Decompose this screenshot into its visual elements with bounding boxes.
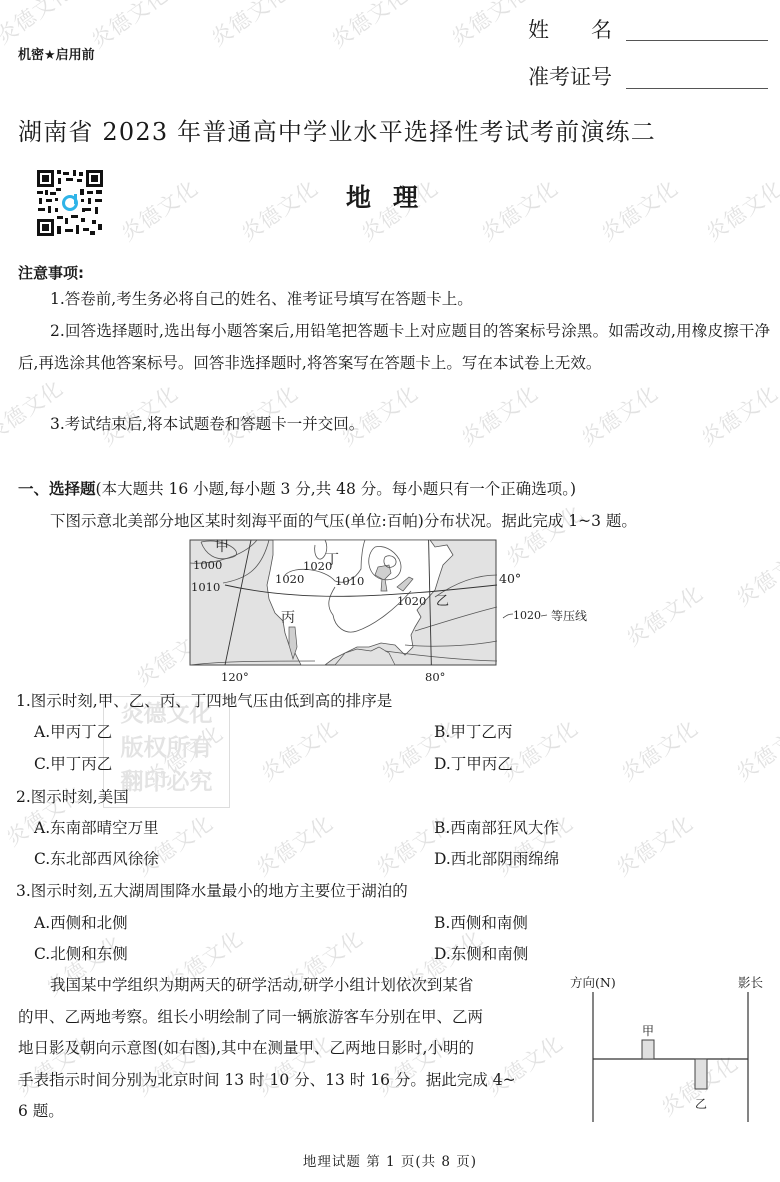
shadow-length-axis-label: 影长	[738, 975, 763, 990]
qr-code-icon	[35, 168, 105, 238]
isobar-label: 1010	[335, 574, 364, 588]
legend-sample: 1020	[513, 609, 541, 622]
q1-option-b[interactable]: B.甲丁乙丙	[434, 720, 512, 742]
watermark: 炎德文化	[444, 0, 533, 53]
q3-option-d[interactable]: D.东侧和南侧	[434, 942, 528, 964]
name-field-label: 姓 名	[528, 14, 612, 44]
intro-q1-3: 下图示意北美部分地区某时刻海平面的气压(单位:百帕)分布状况。据此完成 1~3 …	[50, 509, 637, 531]
passage-line: 手表指示时间分别为北京时间 13 时 10 分、13 时 16 分。据此完成 4…	[18, 1065, 566, 1097]
bar-jia	[642, 1040, 654, 1059]
latitude-label: 40°	[499, 571, 521, 586]
subject-title: 地理	[346, 178, 440, 214]
question-1-stem: 1.图示时刻,甲、乙、丙、丁四地气压由低到高的排序是	[16, 689, 392, 711]
watermark: 炎德文化	[614, 712, 703, 787]
notice-heading: 注意事项:	[18, 262, 84, 283]
map-label-bing: 丙	[281, 610, 295, 626]
q1-option-a[interactable]: A.甲丙丁乙	[34, 720, 112, 742]
q1-option-d[interactable]: D.丁甲丙乙	[434, 752, 513, 774]
passage-line: 地日影及朝向示意图(如右图),其中在测量甲、乙两地日影时,小明的	[18, 1033, 566, 1065]
watermark: 炎德文化	[729, 712, 780, 787]
q3-option-c[interactable]: C.北侧和东侧	[34, 942, 128, 964]
question-3-stem: 3.图示时刻,五大湖周围降水量最小的地方主要位于湖泊的	[16, 879, 408, 901]
exam-title: 湖南省 2023 年普通高中学业水平选择性考试考前演练二	[18, 112, 656, 147]
watermark: 炎德文化	[609, 807, 698, 882]
map-label-ding: 丁	[325, 552, 339, 568]
legend-label: 等压线	[551, 608, 587, 623]
watermark: 炎德文化	[729, 537, 780, 612]
passage-q4-6: 我国某中学组织为期两天的研学活动,研学小组计划依次到某省 的甲、乙两地考察。组长…	[18, 970, 566, 1128]
watermark: 炎德文化	[594, 172, 683, 247]
exam-id-field-label: 准考证号	[528, 61, 612, 91]
isobar-map-figure: 甲 1000 1010 1020 丁 1020 1010 丙 1020 乙 40…	[185, 535, 605, 685]
watermark: 炎德文化	[0, 0, 79, 51]
classification-label: 机密★启用前	[18, 44, 95, 63]
map-legend: 1020 等压线	[503, 608, 587, 623]
section-heading: 一、选择题	[18, 480, 96, 498]
bar-yi	[695, 1059, 707, 1089]
map-label-yi: 乙	[436, 594, 449, 609]
q2-option-a[interactable]: A.东南部晴空万里	[34, 816, 159, 838]
isobar-label: 1000	[193, 558, 222, 572]
watermark: 炎德文化	[619, 577, 708, 652]
passage-line: 我国某中学组织为期两天的研学活动,研学小组计划依次到某省	[18, 970, 566, 1002]
watermark: 炎德文化	[474, 172, 563, 247]
exam-id-field[interactable]	[626, 88, 768, 89]
q2-option-d[interactable]: D.西北部阴雨绵绵	[434, 847, 559, 869]
qr-code	[35, 168, 105, 238]
pressure-map: 甲 1000 1010 1020 丁 1020 1010 丙 1020 乙 40…	[185, 535, 605, 685]
q2-option-b[interactable]: B.西南部狂风大作	[434, 816, 559, 838]
watermark: 炎德文化	[249, 807, 338, 882]
watermark: 炎德文化	[114, 172, 203, 247]
bar-label-yi: 乙	[695, 1097, 707, 1111]
notice-item-3: 3.考试结束后,将本试题卷和答题卡一并交回。	[18, 409, 770, 441]
longitude-label: 80°	[425, 670, 445, 684]
direction-axis-label: 方向(N)	[570, 975, 616, 990]
page-footer: 地理试题 第 1 页(共 8 页)	[0, 1150, 780, 1170]
notice-item-2: 2.回答选择题时,选出每小题答案后,用铅笔把答题卡上对应题目的答案标号涂黑。如需…	[18, 316, 770, 379]
section-header: 一、选择题(本大题共 16 小题,每小题 3 分,共 48 分。每小题只有一个正…	[18, 477, 576, 499]
stamp-line: 版权所有	[104, 731, 229, 765]
q1-option-c[interactable]: C.甲丁丙乙	[34, 752, 112, 774]
watermark: 炎德文化	[84, 0, 173, 55]
isobar-label: 1020	[397, 594, 426, 608]
notice-item-1: 1.答卷前,考生务必将自己的姓名、准考证号填写在答题卡上。	[18, 284, 770, 316]
isobar-label: 1020	[275, 572, 304, 586]
watermark: 炎德文化	[324, 0, 413, 55]
bar-label-jia: 甲	[642, 1024, 654, 1038]
q2-option-c[interactable]: C.东北部西风徐徐	[34, 847, 159, 869]
passage-line: 的甲、乙两地考察。组长小明绘制了同一辆旅游客车分别在甲、乙两	[18, 1002, 566, 1034]
q3-option-a[interactable]: A.西侧和北侧	[34, 911, 128, 933]
map-label-jia: 甲	[215, 539, 229, 555]
isobar-label: 1010	[191, 580, 220, 594]
watermark: 炎德文化	[234, 172, 323, 247]
watermark: 炎德文化	[254, 712, 343, 787]
passage-line: 6 题。	[18, 1096, 566, 1128]
shadow-diagram-figure: 方向(N) 影长 甲 乙	[560, 965, 780, 1130]
longitude-label: 120°	[221, 670, 249, 684]
question-2-stem: 2.图示时刻,美国	[16, 785, 129, 807]
section-description: (本大题共 16 小题,每小题 3 分,共 48 分。每小题只有一个正确选项。)	[96, 480, 577, 498]
name-field[interactable]	[626, 40, 768, 41]
watermark: 炎德文化	[204, 0, 293, 53]
q3-option-b[interactable]: B.西侧和南侧	[434, 911, 528, 933]
shadow-diagram: 方向(N) 影长 甲 乙	[560, 965, 780, 1130]
watermark: 炎德文化	[699, 172, 780, 247]
